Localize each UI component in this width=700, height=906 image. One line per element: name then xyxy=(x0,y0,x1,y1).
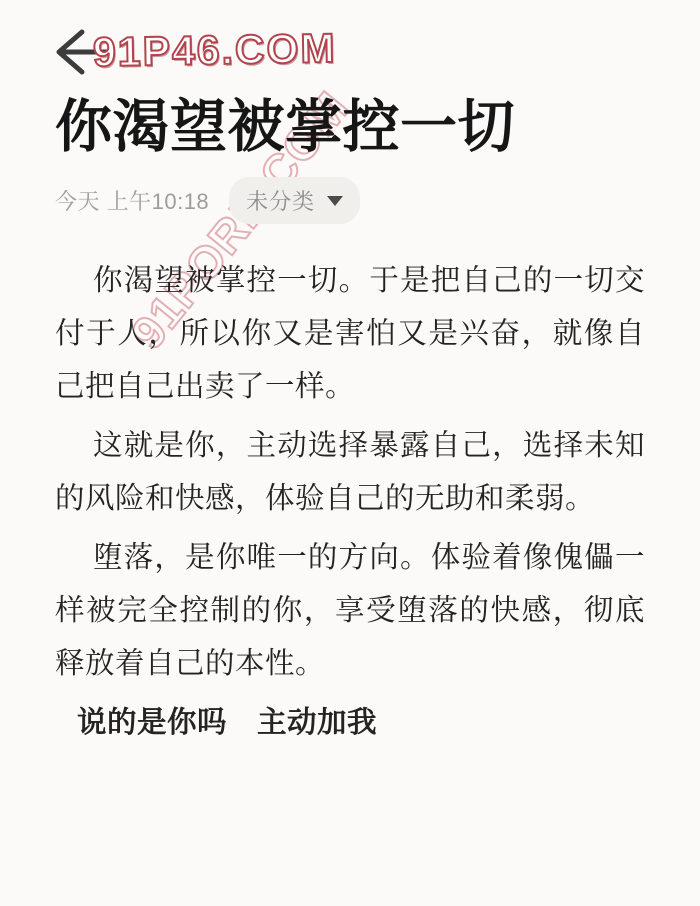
note-title: 你渴望被掌控一切 xyxy=(55,94,645,160)
back-button[interactable] xyxy=(54,26,116,78)
category-label: 未分类 xyxy=(246,185,315,216)
note-cta-line: 说的是你吗 主动加我 xyxy=(55,696,645,749)
note-paragraph-2: 这就是你，主动选择暴露自己，选择未知的风险和快感，体验自己的无助和柔弱。 xyxy=(55,419,645,525)
note-body[interactable]: 你渴望被掌控一切。于是把自己的一切交付于人，所以你又是害怕又是兴奋，就像自己把自… xyxy=(55,254,645,749)
note-meta-row: 今天 上午10:18 未分类 xyxy=(55,177,645,224)
notes-app-screen: 91PORN.COM 91P46.COM 你渴望被掌控一切 今天 上午10:18… xyxy=(0,0,700,906)
header-bar xyxy=(0,0,700,90)
note-detail: 你渴望被掌控一切 今天 上午10:18 未分类 你渴望被掌控一切。于是把自己的一… xyxy=(0,94,700,749)
note-paragraph-1: 你渴望被掌控一切。于是把自己的一切交付于人，所以你又是害怕又是兴奋，就像自己把自… xyxy=(55,254,645,413)
arrow-left-icon xyxy=(54,26,116,78)
note-timestamp: 今天 上午10:18 xyxy=(55,185,209,216)
category-selector[interactable]: 未分类 xyxy=(229,177,360,224)
chevron-down-icon xyxy=(327,196,343,206)
note-paragraph-3: 堕落，是你唯一的方向。体验着像傀儡一样被完全控制的你，享受堕落的快感，彻底释放着… xyxy=(55,531,645,690)
